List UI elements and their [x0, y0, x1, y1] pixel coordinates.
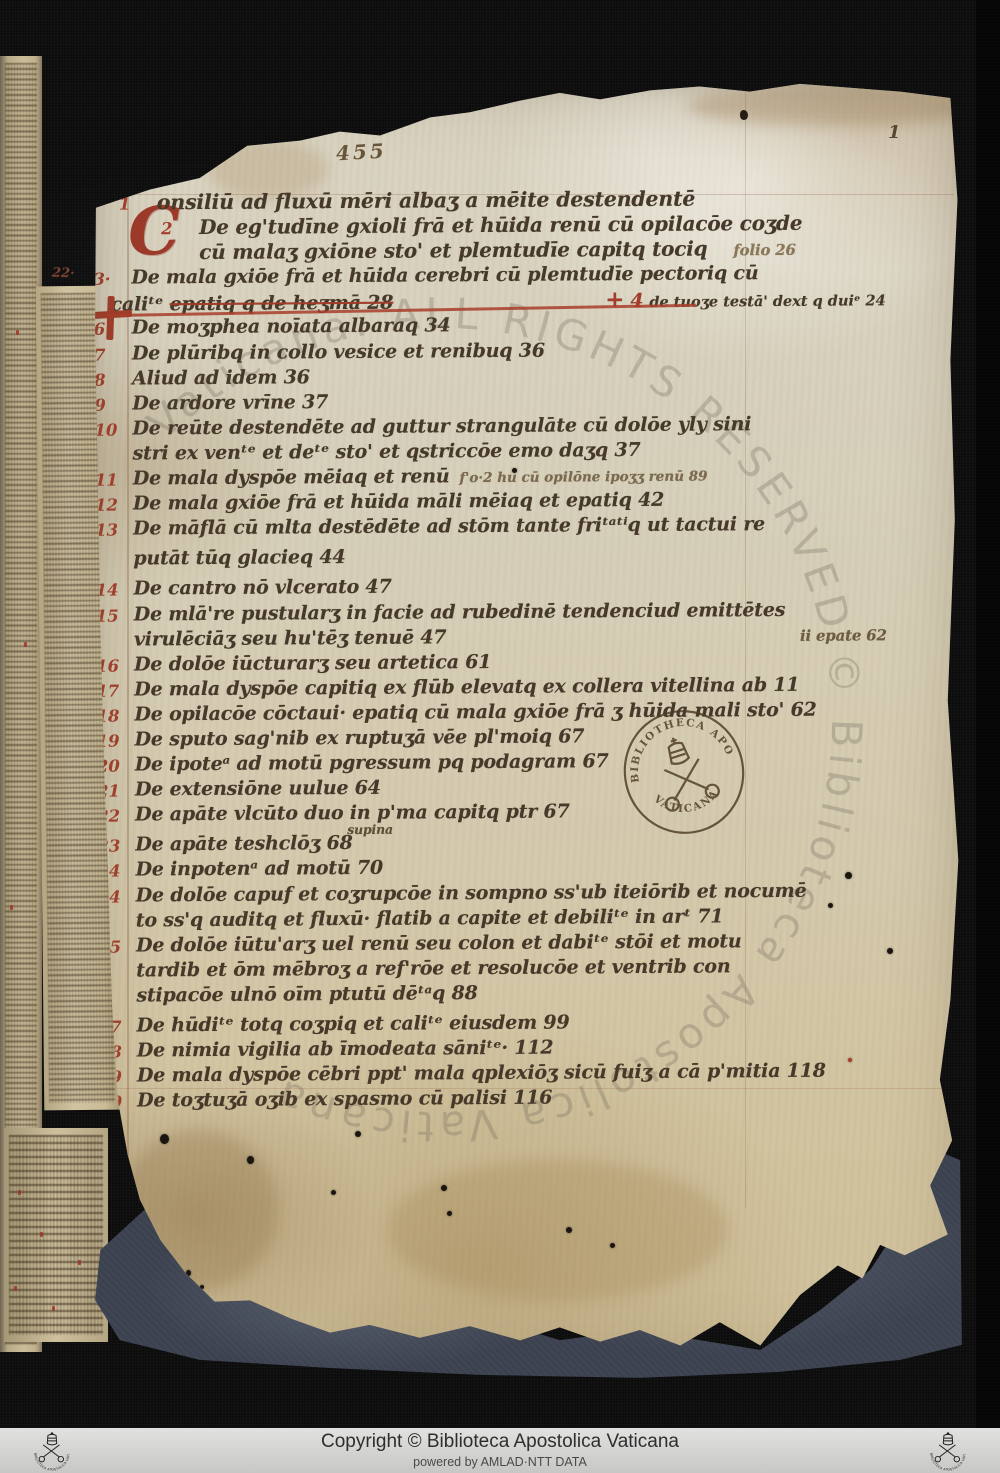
- line-text: De inpotenᵃ ad motū 70: [135, 857, 383, 881]
- line-text: De sputo sag'nib ex ruptuʒā vēe pl'moiq …: [135, 725, 585, 750]
- background-shadow-band: [976, 0, 1000, 1428]
- red-ink-speck: [78, 1260, 81, 1265]
- index-line: putāt tūq glacieq 44: [133, 542, 843, 572]
- red-ink-speck: [24, 642, 27, 647]
- line-text: De mala dyspōe cēbri ppt' mala qplexiōʒ …: [137, 1060, 826, 1087]
- line-number: 13: [95, 518, 127, 543]
- line-number: 11: [95, 468, 127, 493]
- folio-number: folio 26: [733, 241, 795, 259]
- red-ink-speck: [40, 1232, 43, 1237]
- vatican-seal-left-icon: BIBLIOTECA APOSTOLICA VATICANA: [26, 1430, 78, 1472]
- line-text: De mala gxiōe frā et hūida cerebri cū pl…: [131, 262, 758, 288]
- line-text: De dolōe capuf et coʒrupcōe in sompno ss…: [136, 879, 807, 906]
- stain: [388, 1160, 728, 1300]
- line-number: 2: [161, 216, 193, 241]
- line-number: 1: [119, 191, 151, 216]
- line-text: De cantro nō vlcerato 47: [133, 576, 391, 600]
- big-red-cross: [90, 296, 132, 340]
- line-number: 14: [95, 578, 127, 603]
- worm-hole: [355, 1131, 361, 1137]
- line-text: De mala dyspōe mēiaq et renū: [133, 465, 450, 489]
- powered-by-text: powered by AMLAD·NTT DATA: [321, 1455, 679, 1469]
- modern-folio-number: 1: [888, 122, 901, 143]
- footer-bar: Copyright © Biblioteca Apostolica Vatica…: [0, 1428, 1000, 1473]
- line-number: 9: [94, 392, 126, 417]
- red-ink-speck: [16, 330, 19, 335]
- ink-blot: [740, 110, 748, 120]
- worm-hole: [512, 468, 517, 473]
- margin-note-right: ii epate 62: [800, 623, 887, 649]
- worm-hole: [331, 1190, 336, 1195]
- line-text: De eg'tudīne gxioli frā et hūida renū cū…: [199, 211, 802, 239]
- line-number: 15: [96, 603, 128, 628]
- line-number: 8: [94, 367, 126, 392]
- seal-arc-text: BIBLIOTECA APOSTOLICA VATICANA: [924, 1430, 966, 1472]
- red-ink-speck: [14, 1286, 17, 1291]
- line-text: De mlā're pustularʒ in facie ad rubedinē…: [134, 598, 786, 625]
- line-text: stri ex venᵗᵉ et deᵗᵉ sto' et qstriccōe …: [133, 439, 641, 465]
- line-text: De nimia vigilia ab īmodeata sāniᵗᵉ· 112: [137, 1037, 554, 1062]
- worm-hole: [447, 1211, 452, 1216]
- copyright-text: Copyright © Biblioteca Apostolica Vatica…: [321, 1431, 679, 1453]
- line-text: De hūdiᵗᵉ totq coʒpiq et caliᵗᵉ eiusdem …: [137, 1011, 570, 1036]
- index-lines: 1onsiliū ad fluxū mēri albaʒ a mēite des…: [131, 186, 847, 1114]
- line-text: De extensiōne uulue 64: [135, 777, 381, 801]
- index-line: stipacōe ulnō oīm ptutū dēᵗᵃq 88: [136, 978, 846, 1008]
- line-number: 7: [94, 342, 126, 367]
- worm-hole: [845, 872, 852, 879]
- line-text: De ardore vrīne 37: [132, 391, 328, 414]
- red-ink-speck: [18, 1190, 21, 1195]
- line-text: De dolōe iūtu'arʒ uel renū seu colon et …: [136, 930, 742, 956]
- seal-arc-text: BIBLIOTECA APOSTOLICA VATICANA: [28, 1430, 70, 1472]
- tiny-script-texture: [9, 1135, 103, 1335]
- worm-hole: [441, 1185, 447, 1191]
- parchment-page: Vaticana. ALL RIGHTS RESERVED © Bibliote…: [88, 80, 968, 1370]
- stain: [688, 86, 988, 126]
- left-margin-note: 22·: [52, 266, 75, 282]
- red-ink-speck: [10, 905, 13, 910]
- line-text: De moʒphea noīata albaraq 34: [132, 315, 451, 339]
- red-ink-speck: [52, 1306, 55, 1311]
- vatican-seal-right-icon: BIBLIOTECA APOSTOLICA VATICANA: [922, 1430, 974, 1472]
- line-text: De ipoteᵃ ad motū pgressum pq podagram 6…: [135, 750, 609, 775]
- line-number: 12: [95, 493, 127, 518]
- svg-text:BIBLIOTECA APOSTOLICA VATICANA: BIBLIOTECA APOSTOLICA VATICANA: [28, 1430, 70, 1472]
- inline-note: f'o·2 hu cū opilōne ipoʒʒ renū 89: [459, 469, 707, 487]
- line-text: cū malaʒ gxiōne sto' et plemtudīe capitq…: [199, 237, 707, 265]
- red-cross-inline: +: [605, 286, 624, 313]
- line-text: De reūte destendēte ad guttur strangulāt…: [132, 413, 751, 439]
- red-ink-dot: [848, 1058, 852, 1062]
- worm-hole: [566, 1227, 572, 1233]
- line-number: 3·: [93, 267, 125, 292]
- svg-text:BIBLIOTECA APOSTOLICA VATICANA: BIBLIOTECA APOSTOLICA VATICANA: [924, 1430, 966, 1472]
- line-text: Aliud ad idem 36: [132, 366, 310, 389]
- line-text: putāt tūq glacieq 44: [133, 546, 345, 569]
- line-text: onsiliū ad fluxū mēri albaʒ a mēite dest…: [157, 187, 695, 215]
- left-leaf-edge-bottom: [4, 1128, 108, 1342]
- line-text: stipacōe ulnō oīm ptutū dēᵗᵃq 88: [136, 982, 477, 1006]
- line-text: De toʒtuʒā oʒib ex spasmo cū palisi 116: [137, 1087, 552, 1112]
- index-line: 13De māflā cū mlta destēdēte ad stōm tan…: [133, 512, 843, 542]
- line-text: De dolōe iūcturarʒ seu artetica 61: [134, 651, 491, 675]
- line-text: tardib et ōm mēbroʒ a ref'rōe et resoluc…: [136, 955, 730, 981]
- line-text: De mala gxiōe frā et hūida māli mēiaq et…: [133, 489, 664, 515]
- manuscript-photo: 22· Vaticana. ALL RIGHTS RESERVED © Bibl…: [0, 0, 1000, 1473]
- line-text: to ss'q auditq et fluxū· flatib a capite…: [136, 905, 724, 931]
- line-number: 10: [94, 417, 126, 442]
- line-text: virulēciāʒ seu hu'tēʒ tenuē 47: [134, 626, 447, 650]
- worm-hole: [610, 1243, 615, 1248]
- ink-blot: [243, 111, 252, 122]
- line-text: De plūribq in collo vesice et renibuq 36: [132, 339, 545, 364]
- line-text: De apāte teshclōʒ 68: [135, 832, 352, 856]
- line-text: de tuoʒe testā' dext q duiᵉ 24: [649, 293, 885, 312]
- worm-hole: [887, 948, 893, 954]
- line-text: De māflā cū mlta destēdēte ad stōm tante…: [133, 513, 765, 539]
- worm-hole: [828, 903, 833, 908]
- worm-hole: [247, 1156, 254, 1164]
- worm-hole: [160, 1134, 169, 1144]
- red-entry-number: 4: [630, 290, 643, 312]
- index-line: 30De toʒtuʒā oʒib ex spasmo cū palisi 11…: [137, 1084, 847, 1114]
- old-foliation-number: 455: [335, 139, 387, 166]
